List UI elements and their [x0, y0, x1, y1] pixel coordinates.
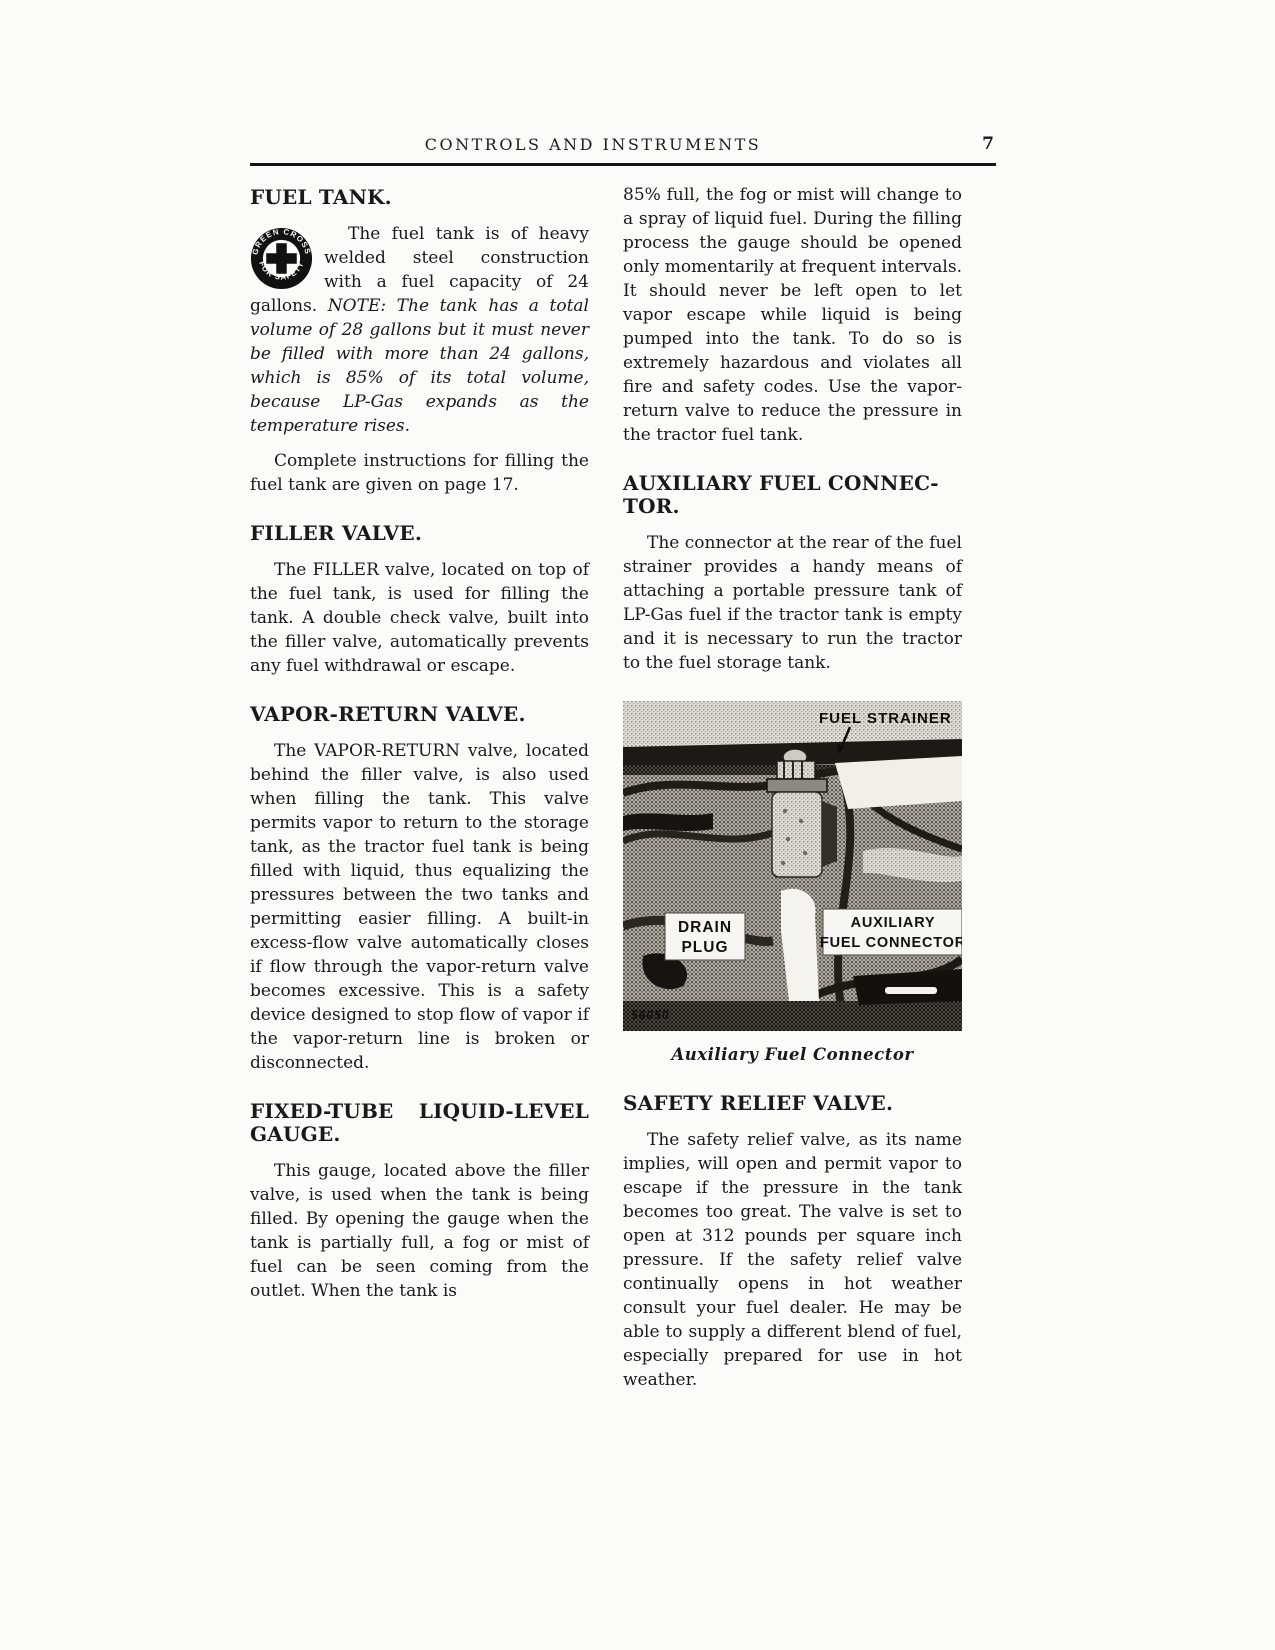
- vapor-return-paragraph: The VAPOR-RETURN valve, located behind t…: [250, 739, 589, 1075]
- page-header: CONTROLS AND INSTRUMENTS 7: [250, 132, 996, 166]
- fuel-tank-paragraph-2: Complete instructions for filling the fu…: [250, 449, 589, 497]
- fuel-tank-paragraph-1: GREEN CROSS FOR SAFETY The fuel tank is …: [250, 222, 589, 438]
- aux-connector-paragraph: The connector at the rear of the fuel st…: [623, 531, 962, 675]
- page-number: 7: [982, 134, 994, 154]
- manual-page: CONTROLS AND INSTRUMENTS 7 FUEL TANK. G: [250, 132, 996, 1403]
- label-auxiliary-fuel-connector: AUXILIARY FUEL CONNECTOR: [820, 909, 962, 955]
- fuel-tank-note-italic: NOTE: The tank has a total volume of 28 …: [250, 296, 589, 436]
- halftone-photo: FUEL STRAINER DRAIN PLUG AUXILIARY FUEL …: [623, 701, 962, 1031]
- aux-heading-line2: TOR.: [623, 495, 962, 518]
- heading-fuel-tank: FUEL TANK.: [250, 186, 589, 209]
- safety-relief-paragraph: The safety relief valve, as its name imp…: [623, 1128, 962, 1392]
- label-drain-line1: DRAIN: [678, 919, 732, 936]
- two-column-body: FUEL TANK. GREEN CROSS FOR SAFETY: [250, 183, 996, 1403]
- heading-filler-valve: FILLER VALVE.: [250, 522, 589, 545]
- heading-vapor-return-valve: VAPOR-RETURN VALVE.: [250, 703, 589, 726]
- green-cross-safety-icon: GREEN CROSS FOR SAFETY: [250, 227, 313, 290]
- aux-heading-line1: AUXILIARY FUEL CONNEC-: [623, 472, 962, 495]
- figure-caption: Auxiliary Fuel Connector: [623, 1043, 962, 1067]
- right-column: 85% full, the fog or mist will change to…: [623, 183, 962, 1403]
- fixed-tube-paragraph: This gauge, located above the filler val…: [250, 1159, 589, 1303]
- heading-auxiliary-fuel-connector: AUXILIARY FUEL CONNEC- TOR.: [623, 472, 962, 518]
- photo-number: 56050: [631, 1008, 669, 1022]
- heading-fixed-tube-gauge: FIXED-TUBE LIQUID-LEVEL GAUGE.: [250, 1100, 589, 1146]
- label-drain-line2: PLUG: [681, 939, 728, 956]
- label-aux-line1: AUXILIARY: [851, 915, 936, 931]
- label-aux-line2: FUEL CONNECTOR: [820, 935, 962, 951]
- heading-safety-relief-valve: SAFETY RELIEF VALVE.: [623, 1092, 962, 1115]
- label-drain-plug: DRAIN PLUG: [665, 913, 745, 960]
- filler-valve-paragraph: The FILLER valve, located on top of the …: [250, 558, 589, 678]
- continuation-paragraph: 85% full, the fog or mist will change to…: [623, 183, 962, 447]
- running-head: CONTROLS AND INSTRUMENTS: [250, 135, 936, 154]
- auxiliary-fuel-connector-figure: FUEL STRAINER DRAIN PLUG AUXILIARY FUEL …: [623, 701, 962, 1067]
- left-column: FUEL TANK. GREEN CROSS FOR SAFETY: [250, 183, 589, 1403]
- label-fuel-strainer: FUEL STRAINER: [819, 710, 952, 727]
